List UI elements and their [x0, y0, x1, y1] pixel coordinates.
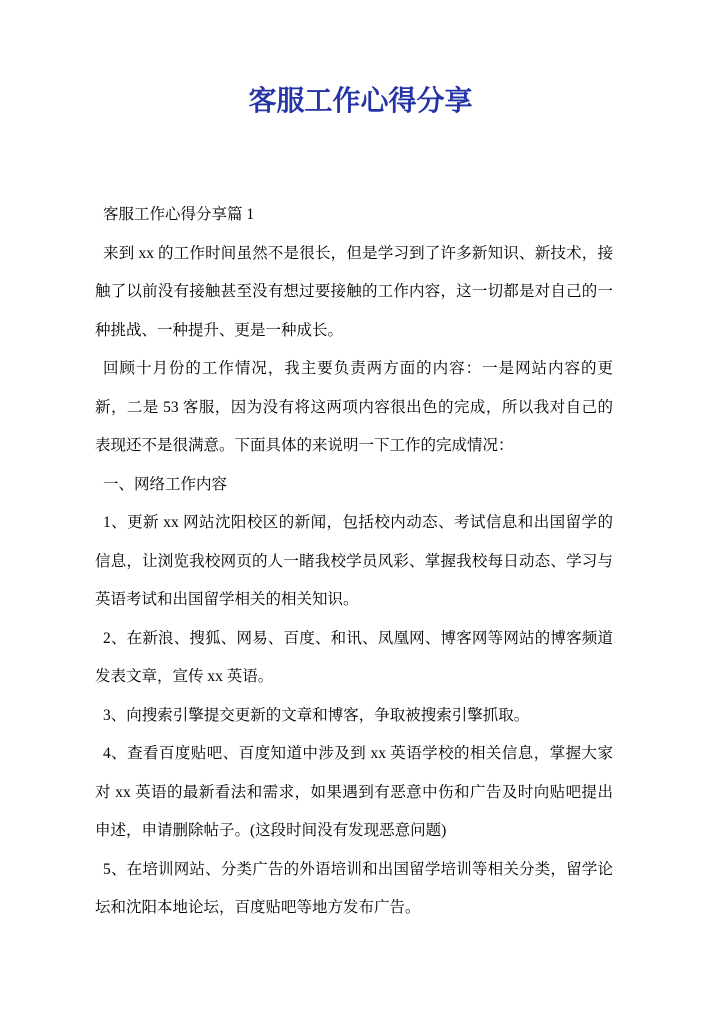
document-page: 客服工作心得分享 客服工作心得分享篇 1 来到 xx 的工作时间虽然不是很长，但… — [0, 0, 721, 1020]
paragraph-item-5: 5、在培训网站、分类广告的外语培训和出国留学培训等相关分类，留学论坛和沈阳本地论… — [95, 851, 613, 928]
paragraph-section-heading: 客服工作心得分享篇 1 — [95, 196, 613, 235]
paragraph-review: 回顾十月份的工作情况，我主要负责两方面的内容：一是网站内容的更新，二是 53 客… — [95, 350, 613, 466]
paragraph-item-4: 4、查看百度贴吧、百度知道中涉及到 xx 英语学校的相关信息，掌握大家对 xx … — [95, 735, 613, 851]
paragraph-item-2: 2、在新浪、搜狐、网易、百度、和讯、凤凰网、博客网等网站的博客频道发表文章，宣传… — [95, 620, 613, 697]
paragraph-list-heading: 一、网络工作内容 — [95, 466, 613, 505]
document-title: 客服工作心得分享 — [0, 0, 721, 120]
document-body: 客服工作心得分享篇 1 来到 xx 的工作时间虽然不是很长，但是学习到了许多新知… — [95, 196, 613, 928]
paragraph-intro: 来到 xx 的工作时间虽然不是很长，但是学习到了许多新知识、新技术，接触了以前没… — [95, 235, 613, 351]
paragraph-item-3: 3、向搜索引擎提交更新的文章和博客，争取被搜索引擎抓取。 — [95, 697, 613, 736]
paragraph-item-1: 1、更新 xx 网站沈阳校区的新闻，包括校内动态、考试信息和出国留学的信息，让浏… — [95, 504, 613, 620]
